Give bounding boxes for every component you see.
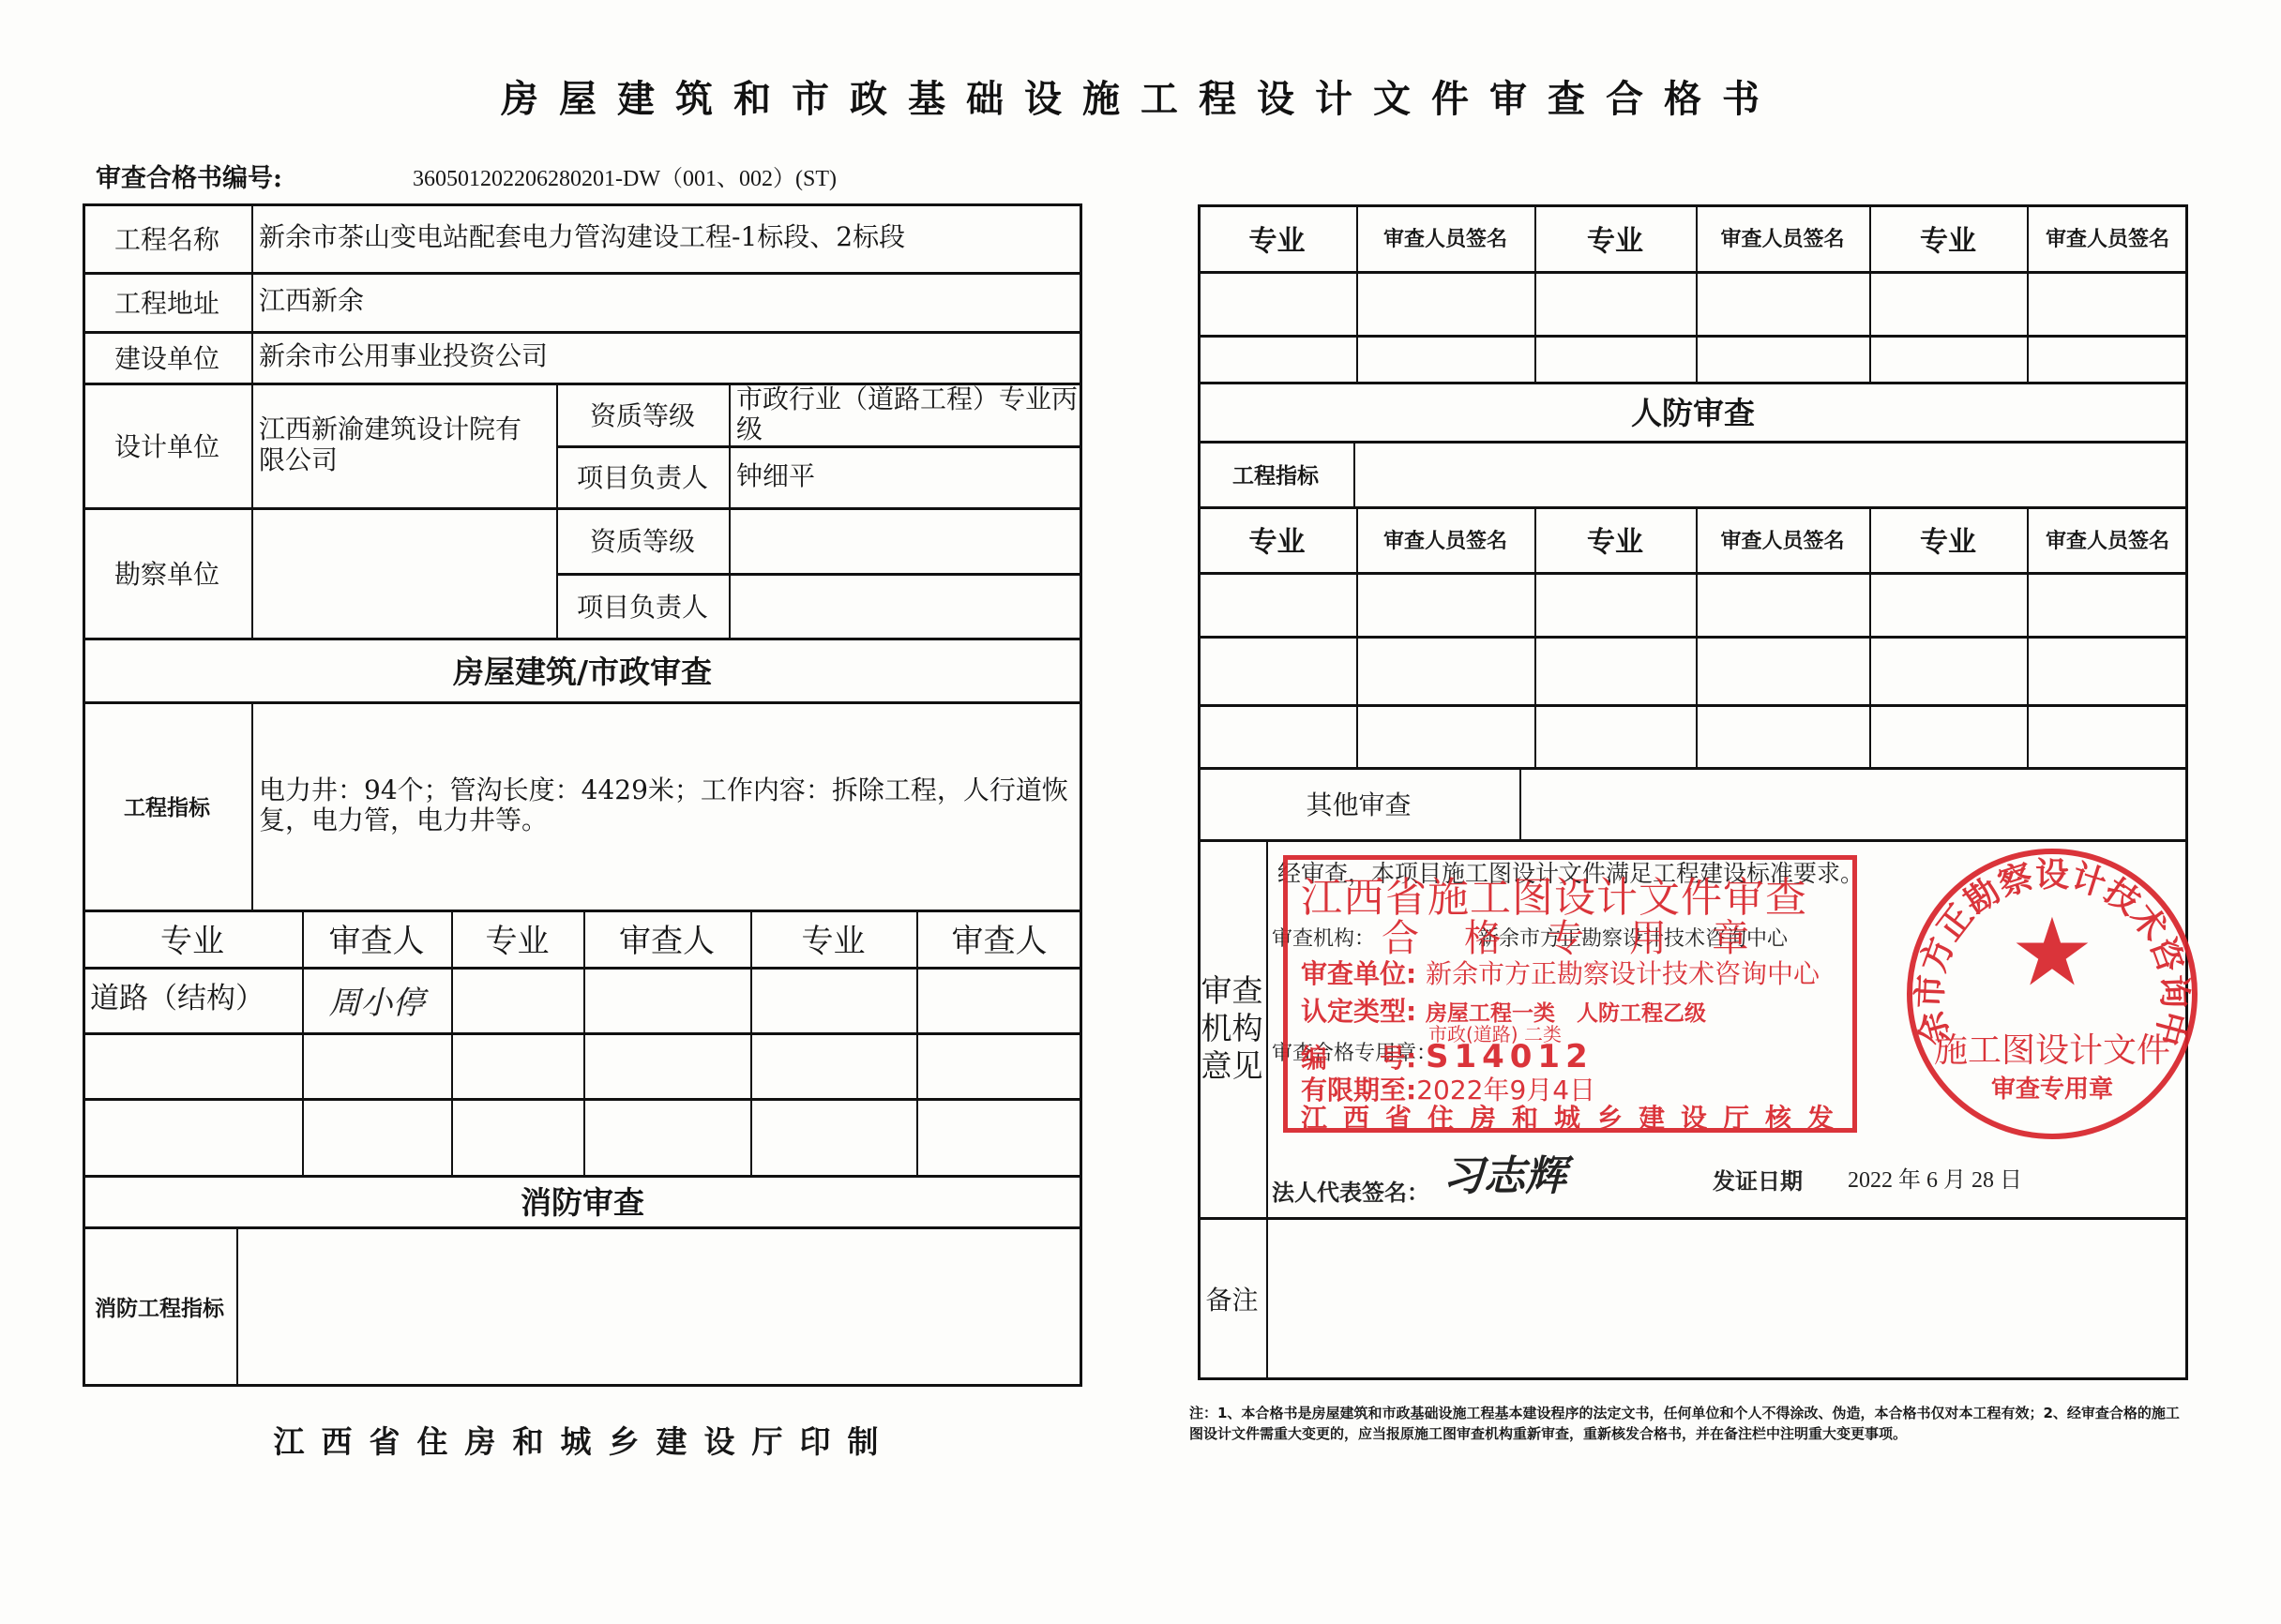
table-cell[interactable] xyxy=(1198,335,1356,382)
table-cell[interactable] xyxy=(1869,572,2027,636)
project-address: 江西新余 xyxy=(251,272,1082,331)
column-header: 专业 xyxy=(1198,506,1356,572)
column-header: 审查人员签名 xyxy=(1356,204,1534,271)
survey-unit[interactable] xyxy=(251,507,556,638)
table-cell[interactable] xyxy=(1696,636,1869,704)
table-cell[interactable] xyxy=(1534,636,1696,704)
table-cell[interactable] xyxy=(1696,572,1869,636)
column-header: 审查人员签名 xyxy=(1696,204,1869,271)
column-header: 专业 xyxy=(83,910,302,967)
table-cell[interactable] xyxy=(1198,572,1356,636)
star-icon: ★ xyxy=(2010,897,2094,1007)
cert-number: 360501202206280201-DW（001、002）(ST) xyxy=(413,159,837,192)
column-header: 专业 xyxy=(750,910,916,967)
column-header: 审查人员签名 xyxy=(2027,204,2188,271)
seal-center-line2: 审查专用章 xyxy=(1991,1075,2113,1104)
column-header: 专业 xyxy=(1869,506,2027,572)
building-review-section-title: 房屋建筑/市政审查 xyxy=(83,638,1082,701)
issue-date: 2022 年 6 月 28 日 xyxy=(1848,1161,2022,1194)
legal-rep-label: 法人代表签名： xyxy=(1272,1174,1429,1207)
reviewer-signature: 周小停 xyxy=(302,967,451,1032)
column-header: 审查人员签名 xyxy=(2027,506,2188,572)
building-indicator-label: 工程指标 xyxy=(83,701,251,910)
review-qualification-stamp: 江西省施工图设计文件审查 合格专用章 审查单位: 新余市方正勘察设计技术咨询中心… xyxy=(1283,855,1857,1133)
civil-defense-indicator[interactable] xyxy=(1353,441,2188,506)
table-cell[interactable] xyxy=(1869,636,2027,704)
table-cell[interactable] xyxy=(2027,271,2188,335)
other-review-value[interactable] xyxy=(1519,767,2188,839)
column-header: 审查人员签名 xyxy=(1356,506,1534,572)
remarks-value[interactable] xyxy=(1266,1217,2188,1380)
table-cell[interactable] xyxy=(1869,704,2027,767)
column-header: 审查人员签名 xyxy=(1696,506,1869,572)
fire-review-section-title: 消防审查 xyxy=(83,1175,1082,1226)
table-cell[interactable] xyxy=(1356,271,1534,335)
fire-indicator-label: 消防工程指标 xyxy=(83,1226,236,1386)
design-qualification: 市政行业（道路工程）专业丙级 xyxy=(729,383,1082,445)
column-header: 专业 xyxy=(1534,506,1696,572)
legal-note: 注：1、本合格书是房屋建筑和市政基础设施工程基本建设程序的法定文书，任何单位和个… xyxy=(1189,1403,2193,1444)
table-cell[interactable] xyxy=(583,1098,750,1175)
table-cell[interactable] xyxy=(916,1032,1082,1098)
project-address-label: 工程地址 xyxy=(83,272,251,331)
stamp-unit-label: 审查单位: xyxy=(1301,958,1416,989)
cert-number-label: 审查合格书编号: xyxy=(96,158,282,194)
survey-lead-label: 项目负责人 xyxy=(556,573,729,638)
table-cell[interactable] xyxy=(1198,271,1356,335)
builder-label: 建设单位 xyxy=(83,331,251,383)
survey-qualification[interactable] xyxy=(729,507,1082,573)
opinion-label: 审查机构意见 xyxy=(1198,839,1266,1217)
building-indicator: 电力井：94个；管沟长度：4429米；工作内容：拆除工程，人行道恢复，电力管，电… xyxy=(251,701,1082,910)
table-cell[interactable] xyxy=(1356,335,1534,382)
stamp-unit: 新余市方正勘察设计技术咨询中心 xyxy=(1426,958,1820,989)
civil-defense-indicator-label: 工程指标 xyxy=(1198,441,1353,506)
stamp-type-label: 认定类型: xyxy=(1301,996,1416,1027)
table-cell[interactable] xyxy=(916,967,1082,1032)
document-title: 房屋建筑和市政基础设施工程设计文件审查合格书 xyxy=(0,69,2281,123)
table-cell[interactable] xyxy=(1198,636,1356,704)
civil-defense-section-title: 人防审查 xyxy=(1198,382,2188,441)
printer-footer: 江西省住房和城乡建设厅印制 xyxy=(83,1418,1086,1462)
table-cell[interactable] xyxy=(1534,704,1696,767)
column-header: 审查人 xyxy=(302,910,451,967)
table-cell[interactable] xyxy=(2027,636,2188,704)
table-cell[interactable] xyxy=(1696,335,1869,382)
legal-rep-signature: 习志辉 xyxy=(1443,1142,1566,1202)
design-lead: 钟细平 xyxy=(729,445,1082,507)
table-cell[interactable] xyxy=(451,1032,583,1098)
project-name: 新余市茶山变电站配套电力管沟建设工程-1标段、2标段 xyxy=(251,203,1082,272)
table-cell[interactable] xyxy=(1869,271,2027,335)
fire-indicator[interactable] xyxy=(236,1226,1082,1386)
column-header: 专业 xyxy=(1869,204,2027,271)
design-unit: 江西新渝建筑设计院有限公司 xyxy=(251,383,556,507)
design-lead-label: 项目负责人 xyxy=(556,445,729,507)
table-cell[interactable] xyxy=(451,967,583,1032)
table-cell[interactable] xyxy=(1696,704,1869,767)
table-cell[interactable] xyxy=(583,1032,750,1098)
table-cell[interactable] xyxy=(583,967,750,1032)
table-cell[interactable] xyxy=(1534,572,1696,636)
table-cell[interactable] xyxy=(83,1098,302,1175)
issue-date-label: 发证日期 xyxy=(1713,1163,1803,1195)
table-cell[interactable] xyxy=(750,1098,916,1175)
round-seal-stamp: 新余市方正勘察设计技术咨询中心 ★ 施工图设计文件 审查专用章 xyxy=(1902,844,2202,1144)
remarks-label: 备注 xyxy=(1198,1217,1266,1380)
seal-center-line1: 施工图设计文件 xyxy=(1934,1031,2170,1070)
table-cell[interactable] xyxy=(2027,335,2188,382)
column-header: 专业 xyxy=(1198,204,1356,271)
table-cell[interactable] xyxy=(1534,271,1696,335)
column-header: 审查人 xyxy=(583,910,750,967)
table-cell[interactable] xyxy=(1696,271,1869,335)
survey-unit-label: 勘察单位 xyxy=(83,507,251,638)
table-cell[interactable] xyxy=(2027,704,2188,767)
other-review-label: 其他审查 xyxy=(1198,767,1519,839)
table-cell[interactable] xyxy=(750,967,916,1032)
table-cell[interactable] xyxy=(1869,335,2027,382)
table-cell[interactable] xyxy=(1534,335,1696,382)
project-name-label: 工程名称 xyxy=(83,203,251,272)
table-cell[interactable] xyxy=(750,1032,916,1098)
table-cell[interactable] xyxy=(302,1098,451,1175)
column-header: 审查人 xyxy=(916,910,1082,967)
survey-lead[interactable] xyxy=(729,573,1082,638)
table-cell[interactable] xyxy=(451,1098,583,1175)
table-cell[interactable] xyxy=(2027,572,2188,636)
table-cell[interactable] xyxy=(1198,704,1356,767)
table-cell[interactable] xyxy=(916,1098,1082,1175)
table-cell: 道路（结构） xyxy=(83,967,302,1032)
column-header: 专业 xyxy=(451,910,583,967)
column-header: 专业 xyxy=(1534,204,1696,271)
table-cell[interactable] xyxy=(1356,704,1534,767)
opinion-label-text: 审查机构意见 xyxy=(1201,972,1263,1085)
table-cell[interactable] xyxy=(302,1032,451,1098)
design-unit-label: 设计单位 xyxy=(83,383,251,507)
stamp-issuer: 江西省住房和城乡建设厅核发 xyxy=(1301,1098,1850,1135)
survey-qualification-label: 资质等级 xyxy=(556,507,729,573)
design-qualification-label: 资质等级 xyxy=(556,383,729,445)
builder: 新余市公用事业投资公司 xyxy=(251,331,1082,383)
table-cell[interactable] xyxy=(1356,636,1534,704)
table-cell[interactable] xyxy=(1356,572,1534,636)
table-cell[interactable] xyxy=(83,1032,302,1098)
